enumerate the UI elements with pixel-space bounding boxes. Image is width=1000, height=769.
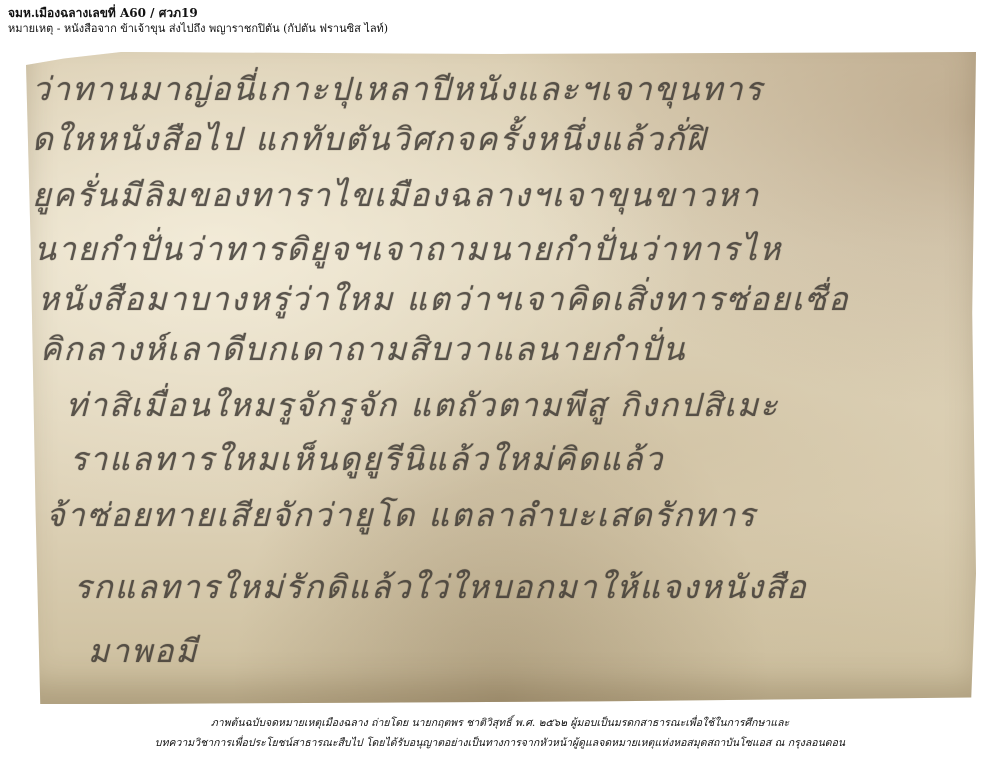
handwritten-line: จ้าซ่อยทายเสียจักว่ายูโด แตลาลำบะเสดรักท…: [46, 490, 757, 541]
handwritten-line: รกแลทารใหม่รักดิแล้วใว่ใหบอกมาให้แจงหนัง…: [74, 562, 808, 613]
archive-reference-title: จมห.เมืองฉลางเลขที่ A60 / ศวภ19: [8, 5, 388, 21]
handwritten-line: คิกลางห์เลาดีบกเดาถามสิบวาแลนายกำปั่น: [40, 324, 686, 375]
handwritten-line: หนังสือมาบางหรู่ว่าใหม แตว่าฯเจาคิดเสิ่ง…: [38, 274, 850, 325]
handwritten-line: มาพอมี: [88, 626, 198, 677]
photo-credit-line-1: ภาพต้นฉบับจดหมายเหตุเมืองฉลาง ถ่ายโดย นา…: [0, 714, 1000, 731]
handwritten-line: ราแลทารใหมเห็นดูยูรีนิแล้วใหม่คิดแล้ว: [70, 434, 664, 485]
handwritten-line: นายกำปั่นว่าทารดิยูจฯเจาถามนายกำปั่นว่าท…: [34, 224, 782, 275]
handwritten-line: ดใหหนังสือไป แกทับตันวิศกจครั้งหนึ่งแล้ว…: [32, 114, 707, 165]
handwritten-line: ท่าสิเมื่อนใหมรูจักรูจัก แตถัวตามพีสู กิ…: [66, 380, 779, 431]
photo-credit-line-2: บทความวิชาการเพื่อประโยชน์สาธารณะสืบไป โ…: [0, 734, 1000, 751]
document-description: หมายเหตุ - หนังสือจาก ข้าเจ้าขุน ส่งไปถึ…: [8, 21, 388, 36]
handwritten-line: ยูครั่นมีลิมของทาราไขเมืองฉลางฯเจาขุนขาว…: [32, 170, 760, 221]
document-header: จมห.เมืองฉลางเลขที่ A60 / ศวภ19 หมายเหตุ…: [8, 5, 388, 36]
handwritten-line: ว่าทานมาญ่อนี่เกาะปุเหลาปีหนังและฯเจาขุน…: [32, 64, 764, 115]
manuscript-image: ว่าทานมาญ่อนี่เกาะปุเหลาปีหนังและฯเจาขุน…: [26, 52, 976, 704]
